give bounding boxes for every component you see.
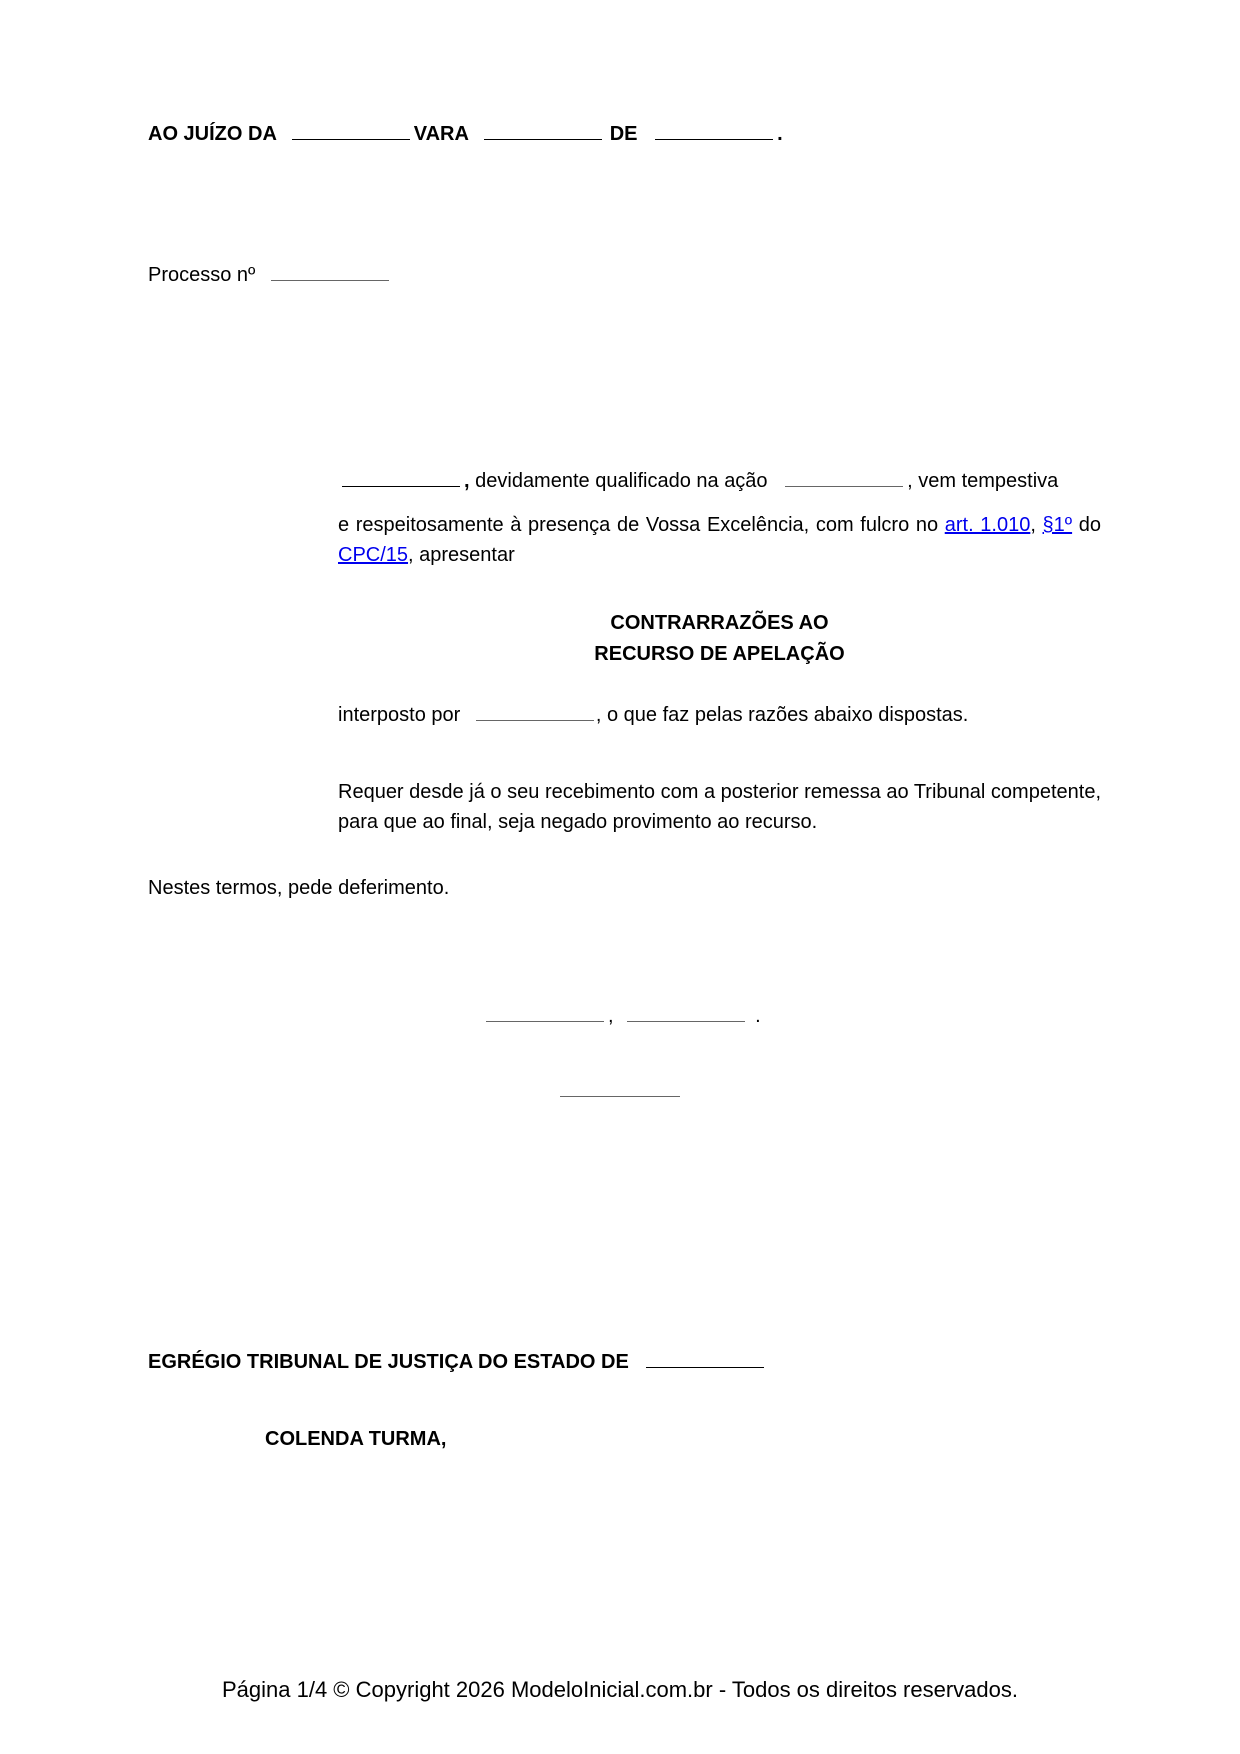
blank-vara bbox=[484, 138, 602, 140]
blank-party-name bbox=[342, 485, 460, 487]
blank-date bbox=[627, 1020, 745, 1022]
blank-juizo bbox=[292, 138, 410, 140]
processo-label: Processo nº bbox=[148, 264, 255, 286]
document-title: CONTRARRAZÕES AO RECURSO DE APELAÇÃO bbox=[338, 608, 1101, 670]
link-art-1010[interactable]: art. 1.010 bbox=[945, 514, 1031, 536]
interposto-pre: interposto por bbox=[338, 704, 460, 726]
addressee-vara: VARA bbox=[414, 123, 468, 145]
intro-line2: e respeitosamente à presença de Vossa Ex… bbox=[338, 514, 938, 536]
requer-paragraph: Requer desde já o seu recebimento com a … bbox=[338, 777, 1101, 837]
title-line2: RECURSO DE APELAÇÃO bbox=[338, 639, 1101, 670]
intro-paragraph: e respeitosamente à presença de Vossa Ex… bbox=[338, 510, 1101, 570]
blank-comarca bbox=[655, 138, 773, 140]
intro-text1: devidamente qualificado na ação bbox=[475, 470, 767, 492]
processo-line: Processo nº bbox=[148, 264, 393, 287]
intro-comma: , bbox=[464, 470, 470, 492]
tribunal-text: EGRÉGIO TRIBUNAL DE JUSTIÇA DO ESTADO DE bbox=[148, 1351, 629, 1373]
colenda-turma: COLENDA TURMA, bbox=[265, 1428, 446, 1451]
blank-city bbox=[486, 1020, 604, 1022]
intro-do: do bbox=[1079, 514, 1101, 536]
addressee-prefix: AO JUÍZO DA bbox=[148, 123, 276, 145]
blank-processo bbox=[271, 279, 389, 281]
link-cpc-15[interactable]: CPC/15 bbox=[338, 544, 408, 566]
signature-period: . bbox=[755, 1005, 761, 1027]
blank-interposto bbox=[476, 719, 594, 721]
link-paragraph-1[interactable]: §1º bbox=[1043, 514, 1073, 536]
closing-line: Nestes termos, pede deferimento. bbox=[148, 877, 449, 900]
blank-signature bbox=[560, 1096, 680, 1097]
tribunal-heading: EGRÉGIO TRIBUNAL DE JUSTIÇA DO ESTADO DE bbox=[148, 1351, 768, 1374]
blank-acao bbox=[785, 485, 903, 487]
intro-tail: , apresentar bbox=[408, 544, 515, 566]
title-line1: CONTRARRAZÕES AO bbox=[338, 608, 1101, 639]
interposto-post: , o que faz pelas razões abaixo disposta… bbox=[596, 704, 968, 726]
addressee-end: . bbox=[777, 123, 783, 145]
signature-comma: , bbox=[608, 1005, 614, 1027]
intro-text2: , vem tempestiva bbox=[907, 470, 1058, 492]
interposto-line: interposto por , o que faz pelas razões … bbox=[338, 704, 968, 727]
blank-estado bbox=[646, 1366, 764, 1368]
addressee-de: DE bbox=[610, 123, 638, 145]
signature-place-date: , . bbox=[486, 1005, 761, 1028]
intro-line-1: , devidamente qualificado na ação , vem … bbox=[342, 470, 1058, 493]
addressee-heading: AO JUÍZO DA VARA DE . bbox=[148, 123, 783, 146]
page-footer: Página 1/4 © Copyright 2026 ModeloInicia… bbox=[0, 1677, 1240, 1703]
intro-link-comma: , bbox=[1030, 514, 1036, 536]
